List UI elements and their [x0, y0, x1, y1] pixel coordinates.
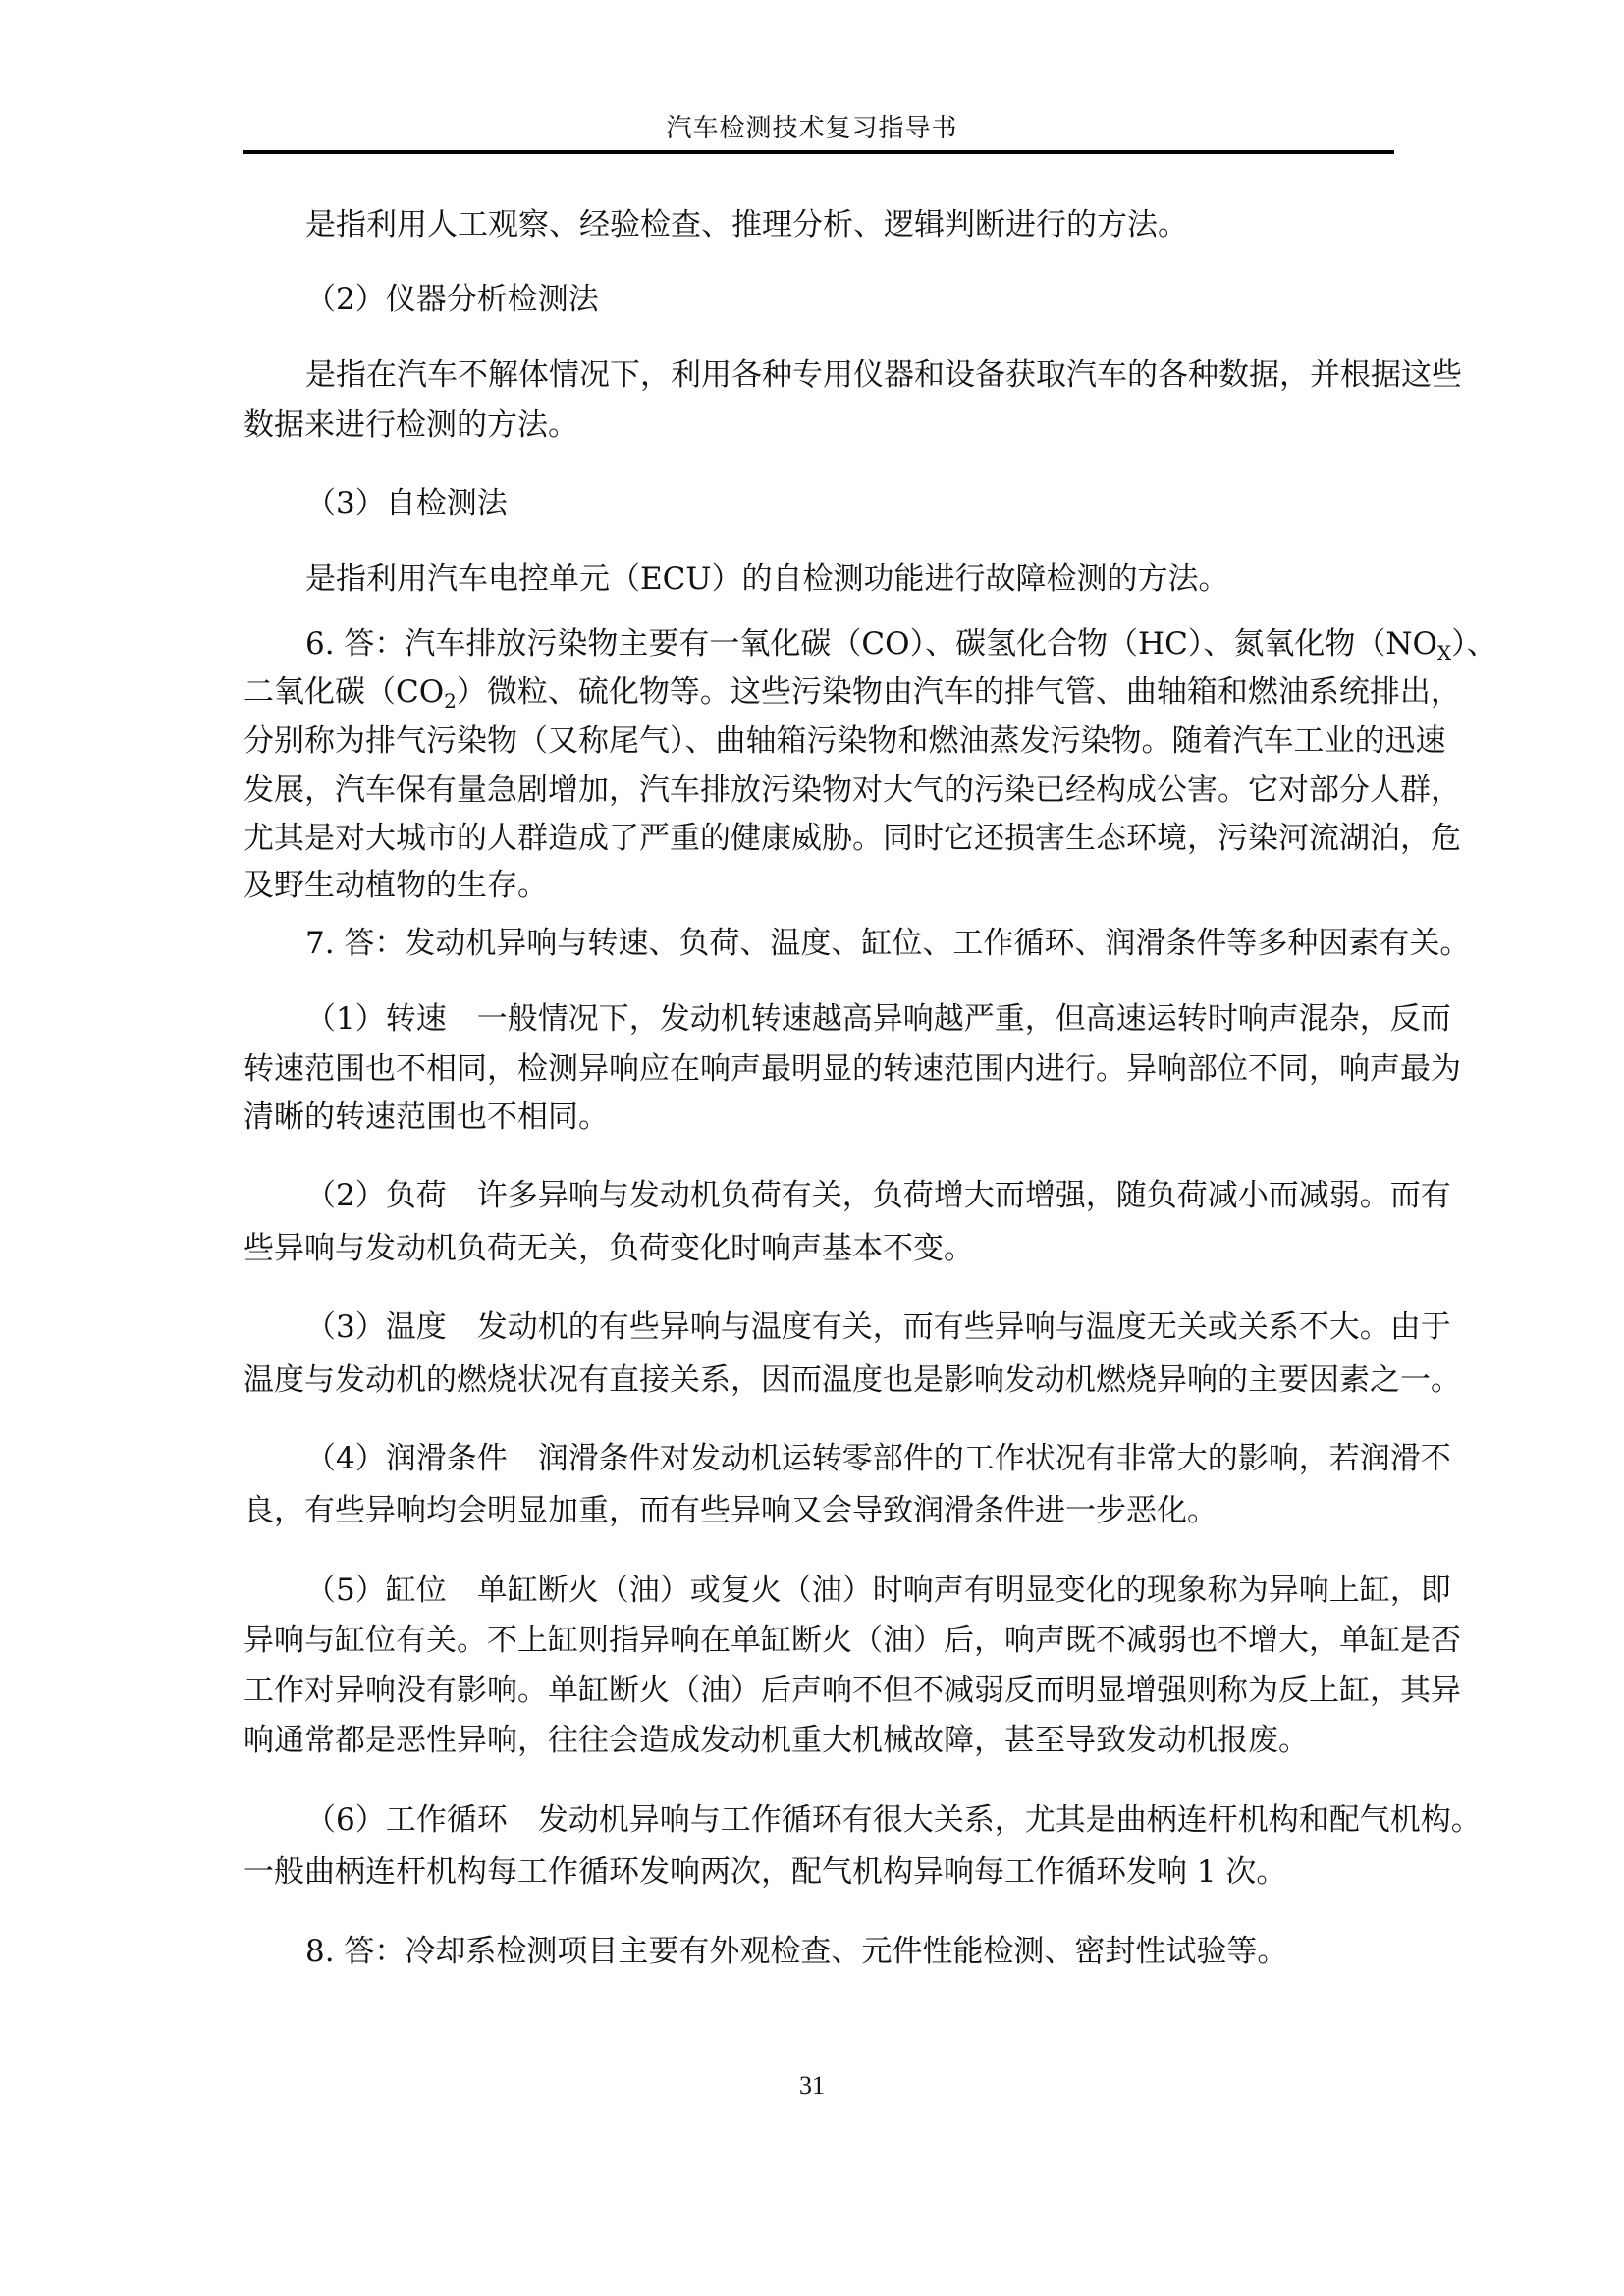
- text-line: （5）缸位 单缸断火（油）或复火（油）时响声有明显变化的现象称为异响上缸，即: [305, 1571, 1394, 1610]
- text-line: （4）润滑条件 润滑条件对发动机运转零部件的工作状况有非常大的影响，若润滑不: [305, 1439, 1394, 1478]
- text-line: 温度与发动机的燃烧状况有直接关系，因而温度也是影响发动机燃烧异响的主要因素之一。: [244, 1361, 1394, 1400]
- text-line: 是指在汽车不解体情况下，利用各种专用仪器和设备获取汽车的各种数据，并根据这些: [305, 355, 1394, 395]
- text-line: （2）仪器分析检测法: [305, 280, 1394, 319]
- text-line: 工作对异响没有影响。单缸断火（油）后声响不但不减弱反而明显增强则称为反上缸，其异: [244, 1671, 1394, 1710]
- subscript: X: [1437, 641, 1451, 665]
- text-line: 数据来进行检测的方法。: [244, 405, 1394, 445]
- text-line: （1）转速 一般情况下，发动机转速越高异响越严重，但高速运转时响声混杂，反而: [305, 999, 1394, 1039]
- text-line: 二氧化碳（CO2）微粒、硫化物等。这些污染物由汽车的排气管、曲轴箱和燃油系统排出…: [244, 672, 1394, 712]
- text-line: 尤其是对大城市的人群造成了严重的健康威胁。同时它还损害生态环境，污染河流湖泊，危: [244, 819, 1394, 858]
- text-line: 是指利用人工观察、经验检查、推理分析、逻辑判断进行的方法。: [305, 205, 1394, 244]
- text-line: 8. 答：冷却系检测项目主要有外观检查、元件性能检测、密封性试验等。: [305, 1932, 1394, 1971]
- text-line: 异响与缸位有关。不上缸则指异响在单缸断火（油）后，响声既不减弱也不增大，单缸是否: [244, 1621, 1394, 1660]
- text-line: 些异响与发动机负荷无关，负荷变化时响声基本不变。: [244, 1229, 1394, 1268]
- text-line: 清晰的转速范围也不相同。: [244, 1097, 1394, 1137]
- text-line: （2）负荷 许多异响与发动机负荷有关，负荷增大而增强，随负荷减小而减弱。而有: [305, 1176, 1394, 1215]
- text-line: 良，有些异响均会明显加重，而有些异响又会导致润滑条件进一步恶化。: [244, 1491, 1394, 1530]
- text-line: 7. 答：发动机异响与转速、负荷、温度、缸位、工作循环、润滑条件等多种因素有关。: [305, 924, 1394, 963]
- text-line: （6）工作循环 发动机异响与工作循环有很大关系，尤其是曲柄连杆机构和配气机构。: [305, 1800, 1394, 1840]
- text-line: 及野生动植物的生存。: [244, 866, 1394, 905]
- header-title: 汽车检测技术复习指导书: [0, 112, 1624, 145]
- text-line: 发展，汽车保有量急剧增加，汽车排放污染物对大气的污染已经构成公害。它对部分人群，: [244, 771, 1394, 810]
- text-line: （3）温度 发动机的有些异响与温度有关，而有些异响与温度无关或关系不大。由于: [305, 1308, 1394, 1347]
- text-line: 分别称为排气污染物（又称尾气）、曲轴箱污染物和燃油蒸发污染物。随着汽车工业的迅速: [244, 721, 1394, 761]
- header-rule: [243, 150, 1394, 154]
- subscript: 2: [444, 689, 457, 713]
- text-line: 是指利用汽车电控单元（ECU）的自检测功能进行故障检测的方法。: [305, 560, 1394, 599]
- text-line: 一般曲柄连杆机构每工作循环发响两次，配气机构异响每工作循环发响 1 次。: [244, 1852, 1394, 1892]
- text-line: 响通常都是恶性异响，往往会造成发动机重大机械故障，甚至导致发动机报废。: [244, 1721, 1394, 1760]
- page-number: 31: [0, 2071, 1624, 2101]
- text-line: 6. 答：汽车排放污染物主要有一氧化碳（CO）、碳氢化合物（HC）、氮氧化物（N…: [305, 624, 1394, 664]
- text-line: 转速范围也不相同，检测异响应在响声最明显的转速范围内进行。异响部位不同，响声最为: [244, 1049, 1394, 1089]
- text-line: （3）自检测法: [305, 484, 1394, 523]
